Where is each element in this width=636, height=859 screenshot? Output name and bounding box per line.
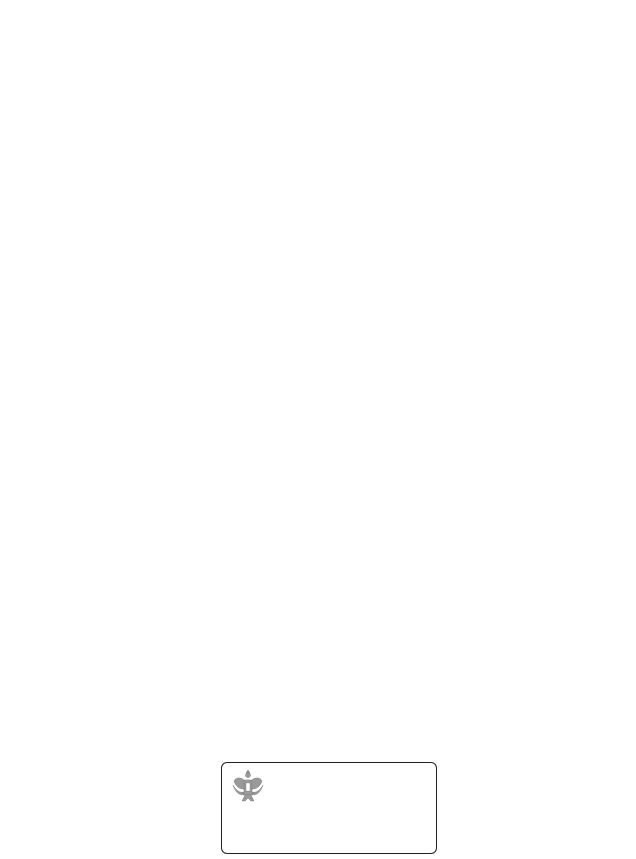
coat-of-arms-icon — [230, 767, 266, 807]
document-body — [55, 38, 615, 86]
electronic-signature-stamp — [221, 762, 437, 854]
